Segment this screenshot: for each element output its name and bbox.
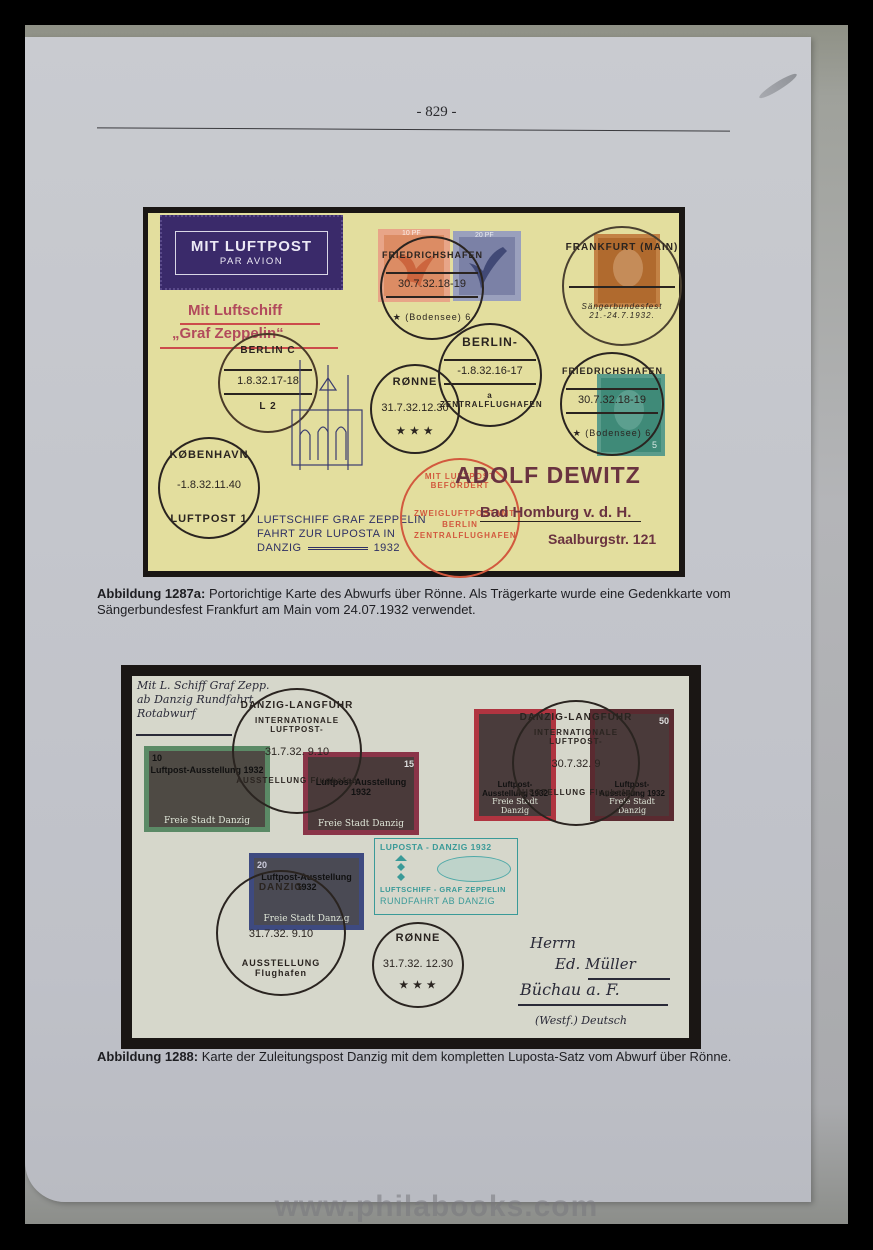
cancel-sub: AUSSTELLUNG Flughafen (514, 788, 638, 797)
stamp-value: 20 (254, 860, 362, 870)
watermark: www.philabooks.com (0, 1190, 873, 1224)
cancel-place: KØBENHAVN (160, 449, 258, 461)
cancel-sub: AUSSTELLUNG Flughafen (234, 776, 360, 785)
legend-year: 1932 (374, 542, 400, 554)
caption-text: Karte der Zuleitungspost Danzig mit dem … (198, 1049, 731, 1064)
cancel-sub: LUFTPOST 1 (160, 513, 258, 525)
cancel-sub: AUSSTELLUNG Flughafen (218, 958, 344, 978)
airmail-label-line2: PAR AVION (176, 256, 327, 267)
airmail-label-line1: MIT LUFTPOST (176, 238, 327, 255)
cancel-date: 31.7.32. 9.10 (218, 928, 344, 940)
cancel-sub: Sängerbundesfest 21.-24.7.1932. (564, 302, 680, 320)
cancel-frankfurt: FRANKFURT (MAIN) Sängerbundesfest 21.-24… (562, 226, 682, 346)
danzig-crest-icon (391, 853, 411, 883)
cancel-danzig-langfuhr: DANZIG-LANGFUHR INTERNATIONALE LUFTPOST-… (232, 688, 362, 814)
address-street: Saalburgstr. 121 (548, 531, 656, 547)
cancel-inner: INTERNATIONALE LUFTPOST- (514, 728, 638, 746)
note-line1: Mit L. Schiff Graf Zepp. (137, 679, 270, 693)
caption-label: Abbildung 1288: (97, 1049, 198, 1064)
cachet-line1: LUFTSCHIFF - GRAF ZEPPELIN (380, 885, 506, 894)
stamp-value: 20 PF (475, 232, 494, 239)
cancel-sub: ★ (Bodensee) 6 (562, 428, 662, 439)
cancel-date: 30.7.32.18-19 (562, 394, 662, 406)
luposta-cachet: LUPOSTA - DANZIG 1932 LUFTSCHIFF - GRAF … (374, 838, 518, 915)
zeppelin-cachet-line1: Mit Luftschiff (188, 302, 282, 319)
stamp-label: Freie Stadt Danzig (308, 819, 414, 829)
cancel-friedrichshafen-2: FRIEDRICHSHAFEN 30.7.32.18-19 ★ (Bodense… (560, 352, 664, 456)
airship-icon (437, 856, 511, 882)
cancel-friedrichshafen: FRIEDRICHSHAFEN 30.7.32.18-19 ★ (Bodense… (380, 236, 484, 340)
cancel-place: FRANKFURT (MAIN) (564, 242, 680, 253)
address-underline (518, 1004, 668, 1006)
legend-danzig: DANZIG (257, 542, 302, 554)
cachet-line2: RUNDFAHRT AB DANZIG (380, 896, 495, 906)
cancel-ronne-2: RØNNE 31.7.32. 12.30 ★ ★ ★ (372, 922, 464, 1008)
cancel-danzig-flughafen: DANZIG 31.7.32. 9.10 AUSSTELLUNG Flughaf… (216, 870, 346, 996)
cancel-date: 30.7.32. 9 (514, 758, 638, 770)
cathedral-drawing-icon (280, 360, 375, 470)
cancel-place: DANZIG-LANGFUHR (234, 700, 360, 711)
airmail-label: MIT LUFTPOST PAR AVION (160, 215, 343, 290)
cancel-place: DANZIG-LANGFUHR (514, 712, 638, 723)
cancel-place: RØNNE (372, 376, 458, 388)
address-city: Bad Homburg v. d. H. (480, 504, 641, 522)
cancel-sub: ★ (Bodensee) 6 (382, 312, 482, 323)
page-number: - 829 - (0, 104, 873, 121)
cancel-date: 30.7.32.18-19 (382, 278, 482, 290)
cancel-sub: ★ ★ ★ (372, 426, 458, 437)
figure-1287a-caption: Abbildung 1287a: Portorichtige Karte des… (97, 586, 737, 618)
cancel-place: DANZIG (218, 882, 344, 893)
cachet-title: LUPOSTA - DANZIG 1932 (380, 842, 492, 852)
cancel-date: 31.7.32.12.30 (372, 402, 458, 414)
address-salutation: Herrn (530, 934, 576, 952)
cancel-date: -1.8.32.11.40 (160, 479, 258, 491)
cancel-danzig-langfuhr-2: DANZIG-LANGFUHR INTERNATIONALE LUFTPOST-… (512, 700, 640, 826)
cancel-date: 31.7.32. 9.10 (234, 746, 360, 758)
cancel-kobenhavn: KØBENHAVN -1.8.32.11.40 LUFTPOST 1 (158, 437, 260, 539)
address-recipient: Ed. Müller (555, 955, 636, 973)
cancel-date: 31.7.32. 12.30 (374, 958, 462, 970)
cancel-place: FRIEDRICHSHAFEN (382, 250, 482, 260)
stamp-value: 10 PF (402, 230, 421, 237)
cancel-place: BERLIN C (220, 345, 316, 356)
address-region: (Westf.) Deutsch (535, 1014, 627, 1027)
figure-1288-caption: Abbildung 1288: Karte der Zuleitungspost… (97, 1049, 737, 1065)
cancel-inner: INTERNATIONALE LUFTPOST- (234, 716, 360, 734)
legend-line3: DANZIG1932 (257, 541, 426, 555)
cancel-place: RØNNE (374, 932, 462, 944)
cancel-place: BERLIN- (440, 335, 540, 349)
address-city: Büchau a. F. (520, 980, 620, 999)
cancel-place: FRIEDRICHSHAFEN (562, 366, 662, 376)
caption-label: Abbildung 1287a: (97, 586, 205, 601)
stamp-label: Freie Stadt Danzig (149, 816, 265, 826)
note-underline (136, 734, 232, 736)
cancel-sub: ★ ★ ★ (374, 980, 462, 991)
cancel-ronne: RØNNE 31.7.32.12.30 ★ ★ ★ (370, 364, 460, 454)
address-name: ADOLF DEWITZ (455, 462, 641, 489)
